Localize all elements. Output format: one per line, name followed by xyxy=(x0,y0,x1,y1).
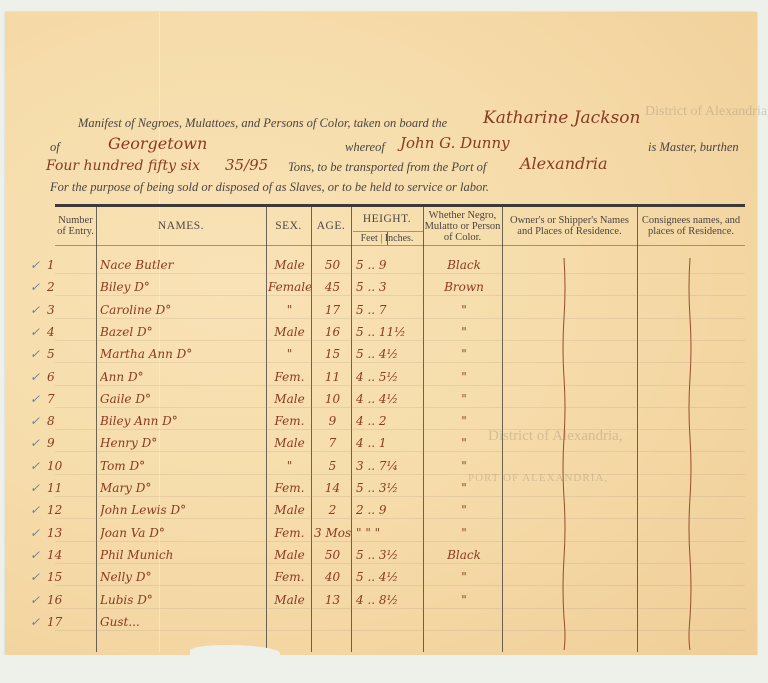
header-bottom-rule xyxy=(55,245,745,246)
row-color: " xyxy=(428,523,500,543)
row-entry: 9 xyxy=(47,433,87,453)
row-color: " xyxy=(428,567,500,587)
row-age xyxy=(314,612,351,632)
row-name: Henry D° xyxy=(100,433,264,453)
row-sex: Fem. xyxy=(268,478,311,498)
row-sex: " xyxy=(268,456,311,476)
row-check-icon: ✓ xyxy=(30,433,48,453)
row-color: " xyxy=(428,590,500,610)
row-entry: 14 xyxy=(47,545,87,565)
torn-bottom-edge xyxy=(0,655,768,683)
row-entry: 10 xyxy=(47,456,87,476)
row-entry: 12 xyxy=(47,500,87,520)
row-sex xyxy=(268,612,311,632)
row-age: 9 xyxy=(314,411,351,431)
row-height: 4 .. 5½ xyxy=(356,367,422,387)
col-header-sex: SEX. xyxy=(266,207,311,245)
row-entry: 15 xyxy=(47,567,87,587)
row-height: 2 .. 9 xyxy=(356,500,422,520)
row-color: " xyxy=(428,456,500,476)
vessel-name: Katharine Jackson xyxy=(483,108,640,128)
row-check-icon: ✓ xyxy=(30,500,48,520)
row-color: " xyxy=(428,344,500,364)
col-header-color: Whether Negro, Mulatto or Person of Colo… xyxy=(423,207,502,245)
row-height: 5 .. 3 xyxy=(356,277,422,297)
row-entry: 17 xyxy=(47,612,87,632)
row-color: " xyxy=(428,367,500,387)
row-name: Gust... xyxy=(100,612,264,632)
row-name: Lubis D° xyxy=(100,590,264,610)
col-subheader-feet-inches: Feet | Inches. xyxy=(351,232,423,245)
row-color: " xyxy=(428,322,500,342)
row-sex: Fem. xyxy=(268,411,311,431)
port-of-departure: Alexandria xyxy=(520,154,608,173)
row-height xyxy=(356,612,422,632)
row-sex: Fem. xyxy=(268,523,311,543)
row-age: 14 xyxy=(314,478,351,498)
row-color: " xyxy=(428,411,500,431)
row-check-icon: ✓ xyxy=(30,300,48,320)
row-color: " xyxy=(428,389,500,409)
row-height: 5 .. 3½ xyxy=(356,545,422,565)
row-name: Biley Ann D° xyxy=(100,411,264,431)
row-check-icon: ✓ xyxy=(30,389,48,409)
row-entry: 5 xyxy=(47,344,87,364)
row-entry: 6 xyxy=(47,367,87,387)
row-name: Nelly D° xyxy=(100,567,264,587)
row-entry: 2 xyxy=(47,277,87,297)
row-color: " xyxy=(428,433,500,453)
row-name: Mary D° xyxy=(100,478,264,498)
header-tons-label: Tons, to be transported from the Port of xyxy=(288,160,486,175)
row-sex: Male xyxy=(268,433,311,453)
row-check-icon: ✓ xyxy=(30,545,48,565)
row-check-icon: ✓ xyxy=(30,567,48,587)
header-master-label: is Master, burthen xyxy=(648,140,739,155)
col-header-entry: Number of Entry. xyxy=(55,207,96,245)
row-height: 4 .. 1 xyxy=(356,433,422,453)
row-entry: 4 xyxy=(47,322,87,342)
row-color: " xyxy=(428,300,500,320)
col-header-consignee: Consignees names, and places of Residenc… xyxy=(637,207,745,245)
row-height: 5 .. 9 xyxy=(356,255,422,275)
row-height: 5 .. 7 xyxy=(356,300,422,320)
row-age: 13 xyxy=(314,590,351,610)
row-entry: 7 xyxy=(47,389,87,409)
row-height: 4 .. 2 xyxy=(356,411,422,431)
row-height: " " " xyxy=(356,523,422,543)
row-sex: Female xyxy=(268,277,311,297)
row-sex: Male xyxy=(268,500,311,520)
row-age: 7 xyxy=(314,433,351,453)
row-age: 3 Mos xyxy=(314,523,351,543)
bleed-through-district: District of Alexandria, xyxy=(488,428,623,445)
row-age: 50 xyxy=(314,545,351,565)
header-whereof-label: whereof xyxy=(345,140,385,155)
bleed-through-district-top: District of Alexandria, xyxy=(645,104,768,120)
col-header-age: AGE. xyxy=(311,207,351,245)
col-header-names: NAMES. xyxy=(96,207,266,245)
row-age: 15 xyxy=(314,344,351,364)
row-check-icon: ✓ xyxy=(30,612,48,632)
row-name: Caroline D° xyxy=(100,300,264,320)
row-entry: 13 xyxy=(47,523,87,543)
row-entry: 3 xyxy=(47,300,87,320)
row-check-icon: ✓ xyxy=(30,456,48,476)
row-check-icon: ✓ xyxy=(30,344,48,364)
row-color: Brown xyxy=(428,277,500,297)
row-check-icon: ✓ xyxy=(30,322,48,342)
row-color: " xyxy=(428,500,500,520)
col-header-height: HEIGHT. xyxy=(351,207,423,231)
row-height: 3 .. 7¼ xyxy=(356,456,422,476)
row-height: 4 .. 8½ xyxy=(356,590,422,610)
row-name: Bazel D° xyxy=(100,322,264,342)
row-sex: Male xyxy=(268,255,311,275)
row-age: 40 xyxy=(314,567,351,587)
row-color: Black xyxy=(428,545,500,565)
row-sex: Male xyxy=(268,389,311,409)
row-name: Phil Munich xyxy=(100,545,264,565)
master-name: John G. Dunny xyxy=(400,134,510,152)
row-name: Joan Va D° xyxy=(100,523,264,543)
row-sex: Male xyxy=(268,322,311,342)
row-entry: 16 xyxy=(47,590,87,610)
row-check-icon: ✓ xyxy=(30,367,48,387)
row-height: 5 .. 11½ xyxy=(356,322,422,342)
row-name: Tom D° xyxy=(100,456,264,476)
row-name: John Lewis D° xyxy=(100,500,264,520)
header-of-label: of xyxy=(50,140,60,155)
row-check-icon: ✓ xyxy=(30,277,48,297)
row-name: Gaile D° xyxy=(100,389,264,409)
row-check-icon: ✓ xyxy=(30,255,48,275)
row-height: 5 .. 4½ xyxy=(356,567,422,587)
row-name: Biley D° xyxy=(100,277,264,297)
row-age: 50 xyxy=(314,255,351,275)
row-entry: 1 xyxy=(47,255,87,275)
row-age: 2 xyxy=(314,500,351,520)
row-check-icon: ✓ xyxy=(30,478,48,498)
row-age: 5 xyxy=(314,456,351,476)
row-height: 5 .. 3½ xyxy=(356,478,422,498)
row-sex: " xyxy=(268,300,311,320)
row-height: 5 .. 4½ xyxy=(356,344,422,364)
row-name: Ann D° xyxy=(100,367,264,387)
row-sex: Fem. xyxy=(268,367,311,387)
row-color: " xyxy=(428,478,500,498)
row-entry: 8 xyxy=(47,411,87,431)
row-sex: Fem. xyxy=(268,567,311,587)
row-check-icon: ✓ xyxy=(30,590,48,610)
col-header-owner: Owner's or Shipper's Names and Places of… xyxy=(502,207,637,245)
row-age: 11 xyxy=(314,367,351,387)
row-height: 4 .. 4½ xyxy=(356,389,422,409)
burthen-fraction: 35/95 xyxy=(225,156,268,174)
burthen-words: Four hundred fifty six xyxy=(46,158,200,174)
row-color: Black xyxy=(428,255,500,275)
row-age: 16 xyxy=(314,322,351,342)
row-age: 10 xyxy=(314,389,351,409)
row-sex: Male xyxy=(268,545,311,565)
row-sex: Male xyxy=(268,590,311,610)
row-age: 45 xyxy=(314,277,351,297)
header-purpose: For the purpose of being sold or dispose… xyxy=(50,180,489,195)
row-name: Martha Ann D° xyxy=(100,344,264,364)
row-name: Nace Butler xyxy=(100,255,264,275)
header-line1: Manifest of Negroes, Mulattoes, and Pers… xyxy=(78,116,447,131)
home-port: Georgetown xyxy=(108,134,207,153)
row-check-icon: ✓ xyxy=(30,523,48,543)
row-color xyxy=(428,612,500,632)
row-entry: 11 xyxy=(47,478,87,498)
row-sex: " xyxy=(268,344,311,364)
row-check-icon: ✓ xyxy=(30,411,48,431)
row-age: 17 xyxy=(314,300,351,320)
